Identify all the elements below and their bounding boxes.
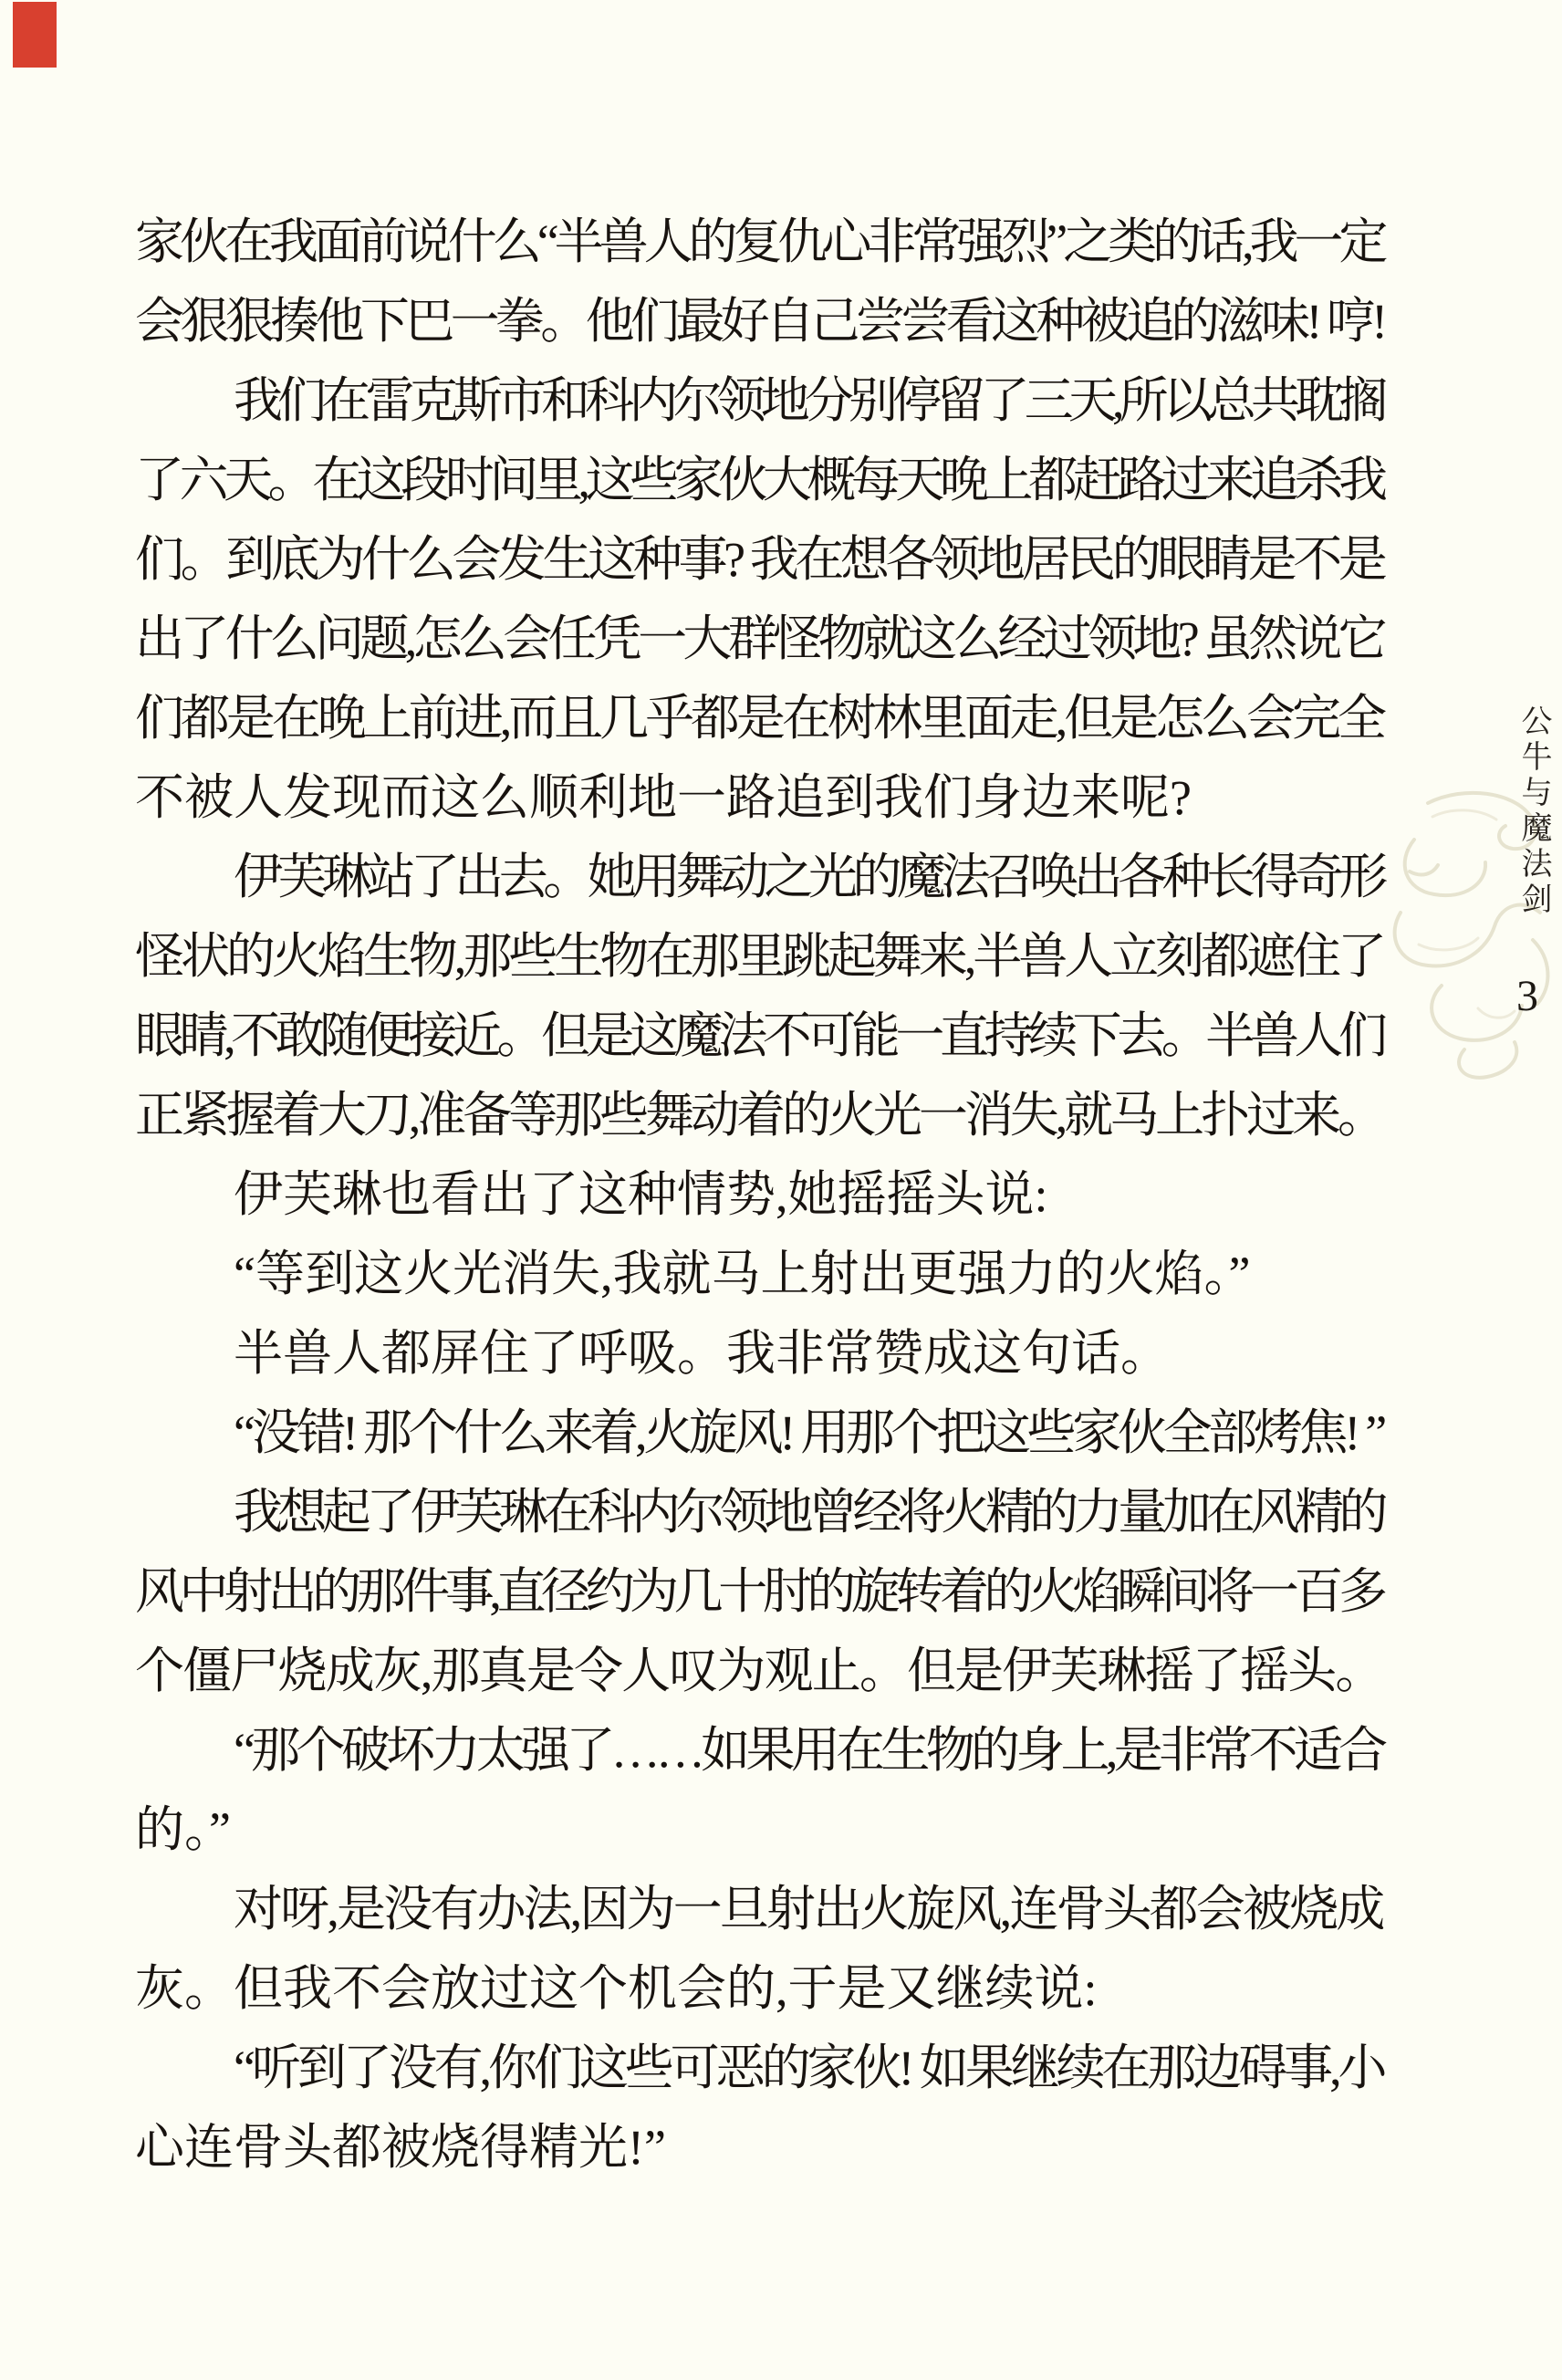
text-line: 对呀,是没有办法,因为一旦射出火旋风,连骨头都会被烧成 [135,1870,1383,1949]
text-line: 的。” [135,1790,1383,1870]
text-line: 怪状的火焰生物,那些生物在那里跳起舞来,半兽人立刻都遮住了 [135,917,1383,997]
text-line: 心连骨头都被烧得精光!” [135,2108,1383,2187]
text-line: 眼睛,不敢随便接近。但是这魔法不可能一直持续下去。半兽人们 [135,997,1383,1076]
text-line: “那个破坏力太强了……如果用在生物的身上,是非常不适合 [135,1711,1383,1790]
text-line: 半兽人都屏住了呼吸。我非常赞成这句话。 [135,1314,1383,1394]
text-line: 会狠狠揍他下巴一拳。他们最好自己尝尝看这种被追的滋味! 哼! [135,282,1383,361]
main-text-block: 家伙在我面前说什么“半兽人的复仇心非常强烈”之类的话,我一定会狠狠揍他下巴一拳。… [135,203,1383,2187]
red-corner-mark [13,2,57,68]
text-line: “没错! 那个什么来着,火旋风! 用那个把这些家伙全部烤焦! ” [135,1394,1383,1473]
text-line: 们都是在晚上前进,而且几乎都是在树林里面走,但是怎么会完全 [135,679,1383,758]
text-line: 风中射出的那件事,直径约为几十肘的旋转着的火焰瞬间将一百多 [135,1552,1383,1632]
book-page: 家伙在我面前说什么“半兽人的复仇心非常强烈”之类的话,我一定会狠狠揍他下巴一拳。… [0,0,1562,2380]
text-line: 们。到底为什么会发生这种事? 我在想各领地居民的眼睛是不是 [135,520,1383,600]
text-line: 家伙在我面前说什么“半兽人的复仇心非常强烈”之类的话,我一定 [135,203,1383,282]
text-line: 正紧握着大刀,准备等那些舞动着的火光一消失,就马上扑过来。 [135,1076,1383,1155]
text-line: 我们在雷克斯市和科内尔领地分别停留了三天,所以总共耽搁 [135,361,1383,441]
text-line: “等到这火光消失,我就马上射出更强力的火焰。” [135,1235,1383,1314]
text-line: 出了什么问题,怎么会任凭一大群怪物就这么经过领地? 虽然说它 [135,600,1383,679]
text-line: 不被人发现而这么顺利地一路追到我们身边来呢? [135,758,1383,838]
text-line: “听到了没有,你们这些可恶的家伙! 如果继续在那边碍事,小 [135,2029,1383,2108]
text-line: 伊芙琳也看出了这种情势,她摇摇头说: [135,1155,1383,1235]
text-line: 我想起了伊芙琳在科内尔领地曾经将火精的力量加在风精的 [135,1473,1383,1552]
text-line: 灰。但我不会放过这个机会的,于是又继续说: [135,1949,1383,2029]
book-title-vertical: 公牛与魔法剑 [1511,705,1556,918]
text-line: 个僵尸烧成灰,那真是令人叹为观止。但是伊芙琳摇了摇头。 [135,1632,1383,1711]
text-line: 伊芙琳站了出去。她用舞动之光的魔法召唤出各种长得奇形 [135,838,1383,917]
text-line: 了六天。在这段时间里,这些家伙大概每天晚上都赶路过来追杀我 [135,441,1383,520]
page-number: 3 [1496,971,1558,1021]
